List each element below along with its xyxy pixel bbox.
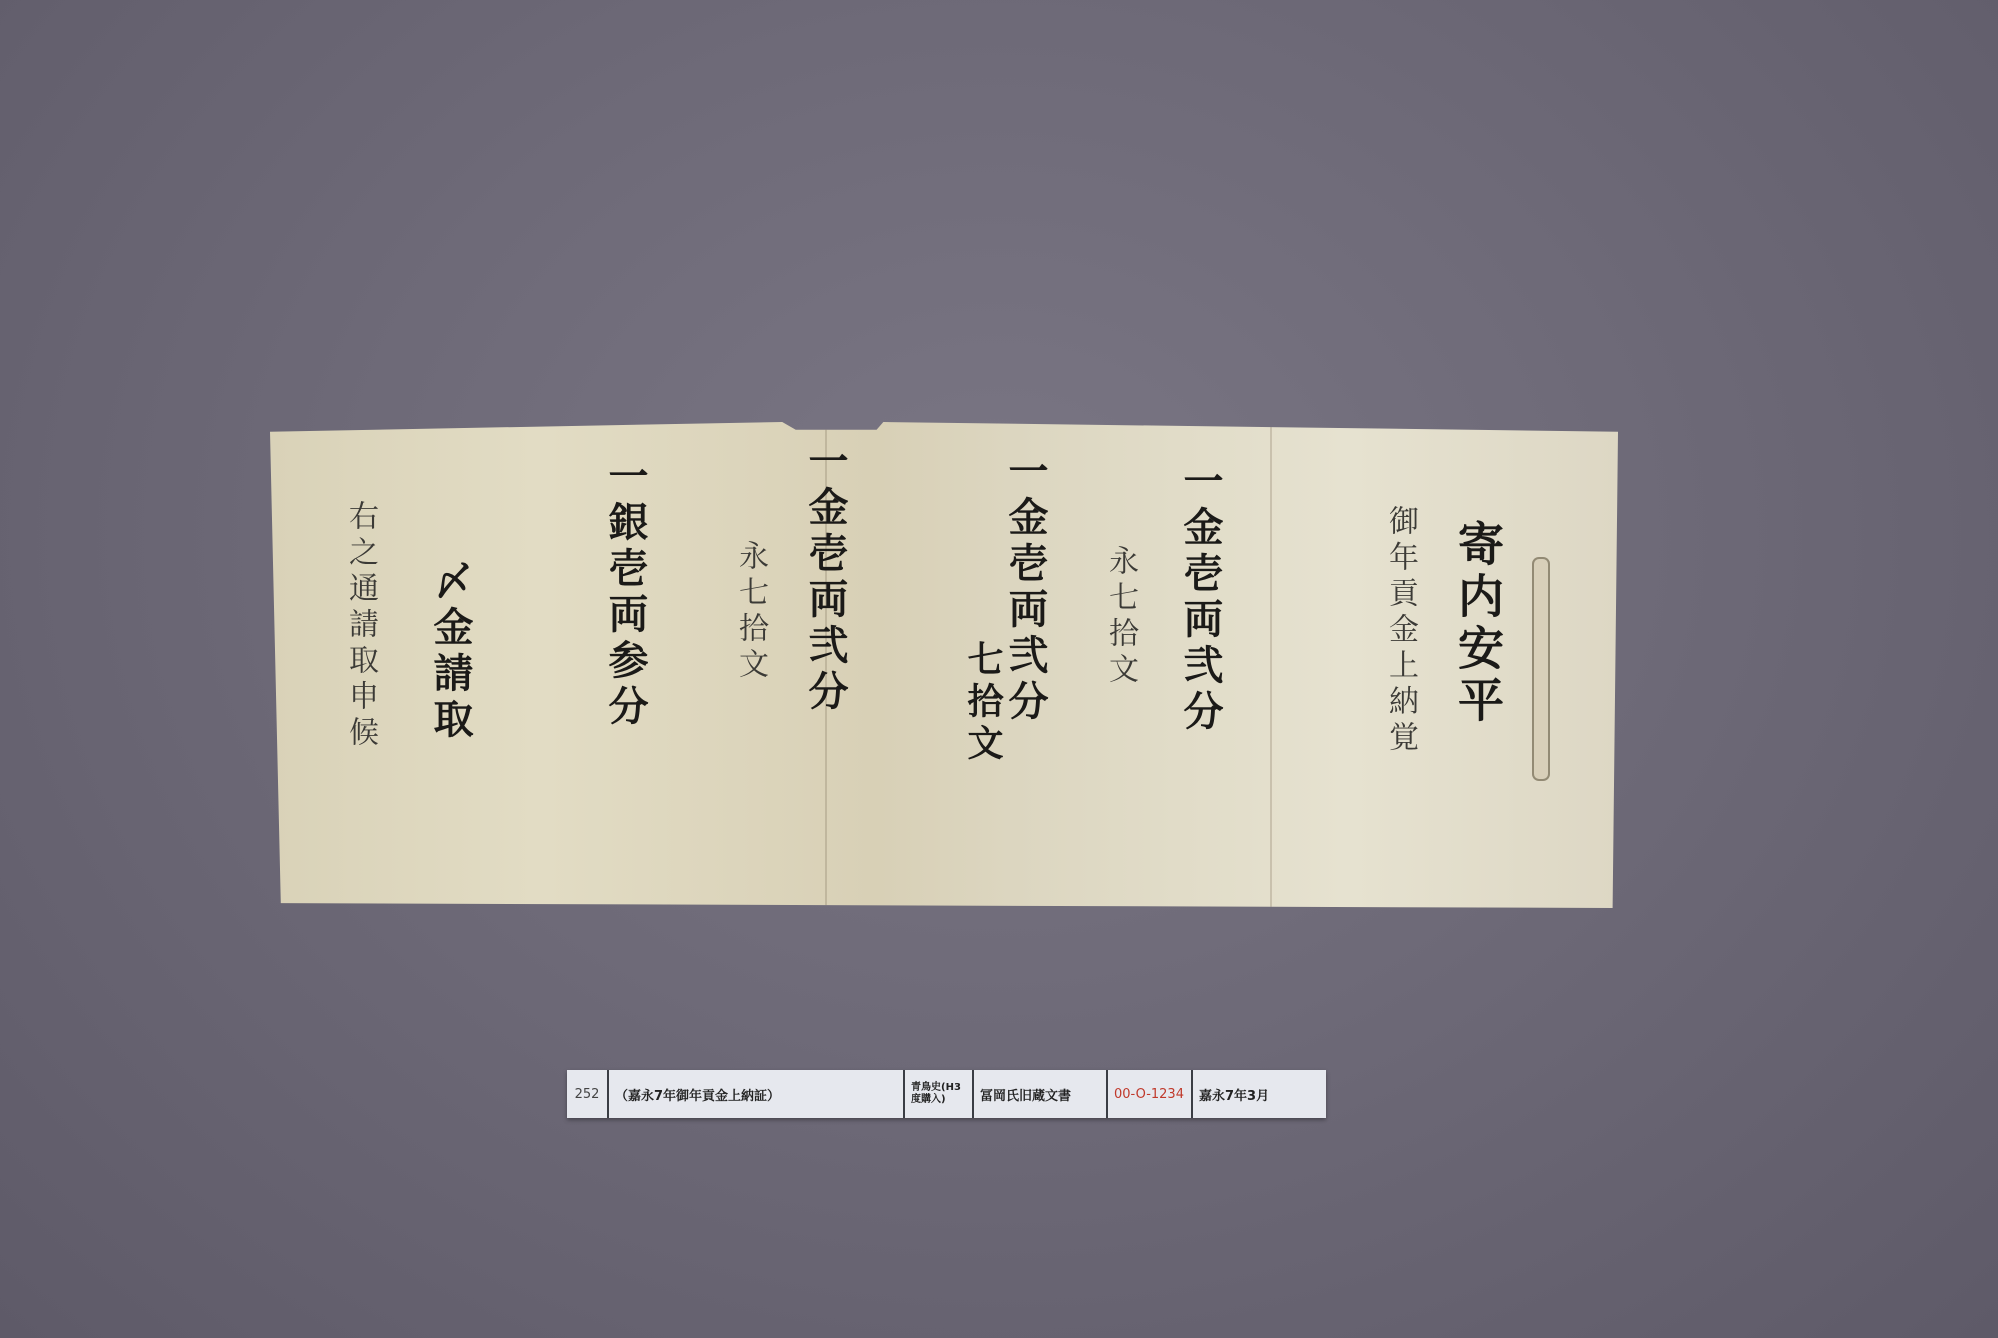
handwritten-column: 永七拾文 xyxy=(735,540,765,684)
handwritten-column: 永七拾文 xyxy=(1105,545,1135,689)
handwritten-column: 右之通請取申候 xyxy=(345,500,375,752)
handwritten-column: 寄内安平 xyxy=(1455,520,1501,728)
label-source: 青鳥史(H3度購入) xyxy=(905,1070,974,1118)
paper-crease xyxy=(1532,557,1550,781)
label-number: 252 xyxy=(567,1070,609,1118)
photo-stage: 寄内安平御年貢金上納覚一金壱両弐分永七拾文一金壱両弐分七拾文一金壱両弐分永七拾文… xyxy=(0,0,1998,1338)
label-catalog-id: 00-O-1234 xyxy=(1108,1070,1193,1118)
label-collection: 冨岡氏旧蔵文書 xyxy=(974,1070,1108,1118)
handwritten-column: 一金壱両弐分 xyxy=(1005,450,1045,726)
handwritten-column: 七拾文 xyxy=(965,640,1001,766)
catalog-label-strip: 252 （嘉永7年御年貢金上納証） 青鳥史(H3度購入) 冨岡氏旧蔵文書 00-… xyxy=(567,1070,1326,1118)
handwritten-column: 〆金請取 xyxy=(430,560,470,744)
label-title: （嘉永7年御年貢金上納証） xyxy=(609,1070,905,1118)
label-date: 嘉永7年3月 xyxy=(1193,1070,1326,1118)
paper-fold-line xyxy=(1270,422,1272,908)
handwritten-column: 一金壱両弐分 xyxy=(805,440,845,716)
handwritten-column: 一金壱両弐分 xyxy=(1180,460,1220,736)
handwritten-column: 御年貢金上納覚 xyxy=(1385,505,1415,757)
handwritten-column: 一銀壱両参分 xyxy=(605,455,645,731)
